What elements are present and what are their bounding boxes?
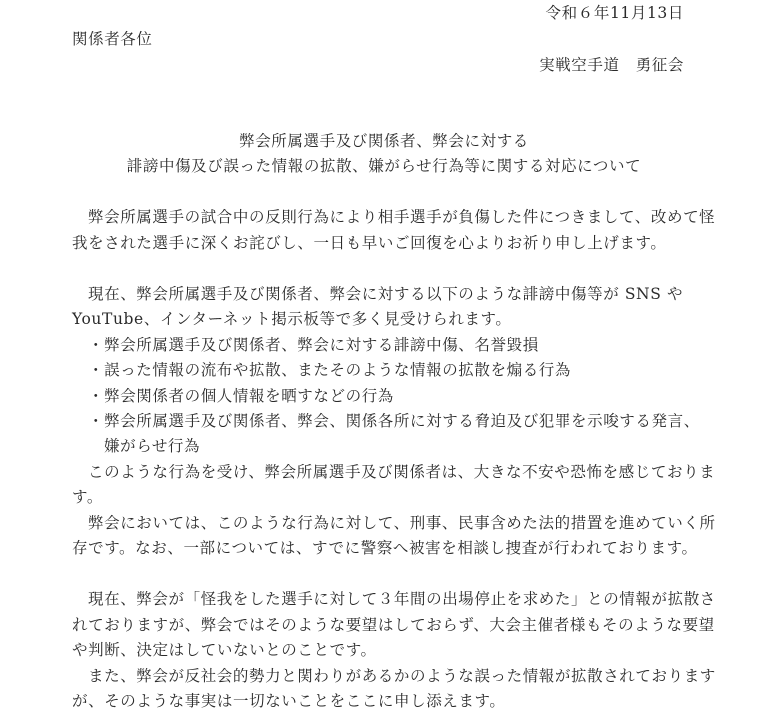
title-line-2: 誹謗中傷及び誤った情報の拡散、嫌がらせ行為等に関する対応について [0, 156, 768, 176]
list-item-continuation: 嫌がらせ行為 [104, 436, 200, 456]
paragraph-line: YouTube、インターネット掲示板等で多く見受けられます。 [72, 309, 511, 329]
list-item: ・弊会所属選手及び関係者、弊会に対する誹謗中傷、名誉毀損 [88, 335, 539, 355]
paragraph-line: す。 [72, 487, 103, 507]
paragraph-line: 弊会所属選手の試合中の反則行為により相手選手が負傷した件につきまして、改めて怪 [88, 207, 715, 227]
paragraph-line: や判断、決定はしていないとのことです。 [72, 640, 377, 660]
list-item: ・弊会関係者の個人情報を晒すなどの行為 [88, 386, 394, 406]
addressee: 関係者各位 [72, 29, 153, 49]
paragraph-line: 存です。なお、一部については、すでに警察へ被害を相談し捜査が行われております。 [72, 538, 698, 558]
paragraph-line: 弊会においては、このような行為に対して、刑事、民事含めた法的措置を進めていく所 [88, 513, 716, 533]
list-item: ・誤った情報の流布や拡散、またそのような情報の拡散を煽る行為 [88, 360, 571, 380]
paragraph-line: れておりますが、弊会ではそのような要望はしておらず、大会主催者様もそのような要望 [72, 615, 715, 635]
paragraph-line: このような行為を受け、弊会所属選手及び関係者は、大きな不安や恐怖を感じておりま [88, 462, 715, 482]
paragraph-line: 現在、弊会所属選手及び関係者、弊会に対する以下のような誹謗中傷等が SNS や [88, 284, 683, 304]
paragraph-line: 我をされた選手に深くお詫びし、一日も早いご回復を心よりお祈り申し上げます。 [72, 233, 666, 253]
paragraph-line: また、弊会が反社会的勢力と関わりがあるかのような誤った情報が拡散されております [88, 666, 716, 686]
paragraph-line: 現在、弊会が「怪我をした選手に対して３年間の出場停止を求めた」との情報が拡散さ [88, 589, 716, 609]
sender-organization: 実戦空手道 勇征会 [539, 55, 684, 75]
title-line-1: 弊会所属選手及び関係者、弊会に対する [0, 131, 768, 151]
paragraph-line: が、そのような事実は一切ないことをここに申し添えます。 [72, 691, 505, 711]
document-date: 令和６年11月13日 [546, 3, 684, 23]
list-item: ・弊会所属選手及び関係者、弊会、関係各所に対する脅迫及び犯罪を示唆する発言、 [88, 411, 700, 431]
